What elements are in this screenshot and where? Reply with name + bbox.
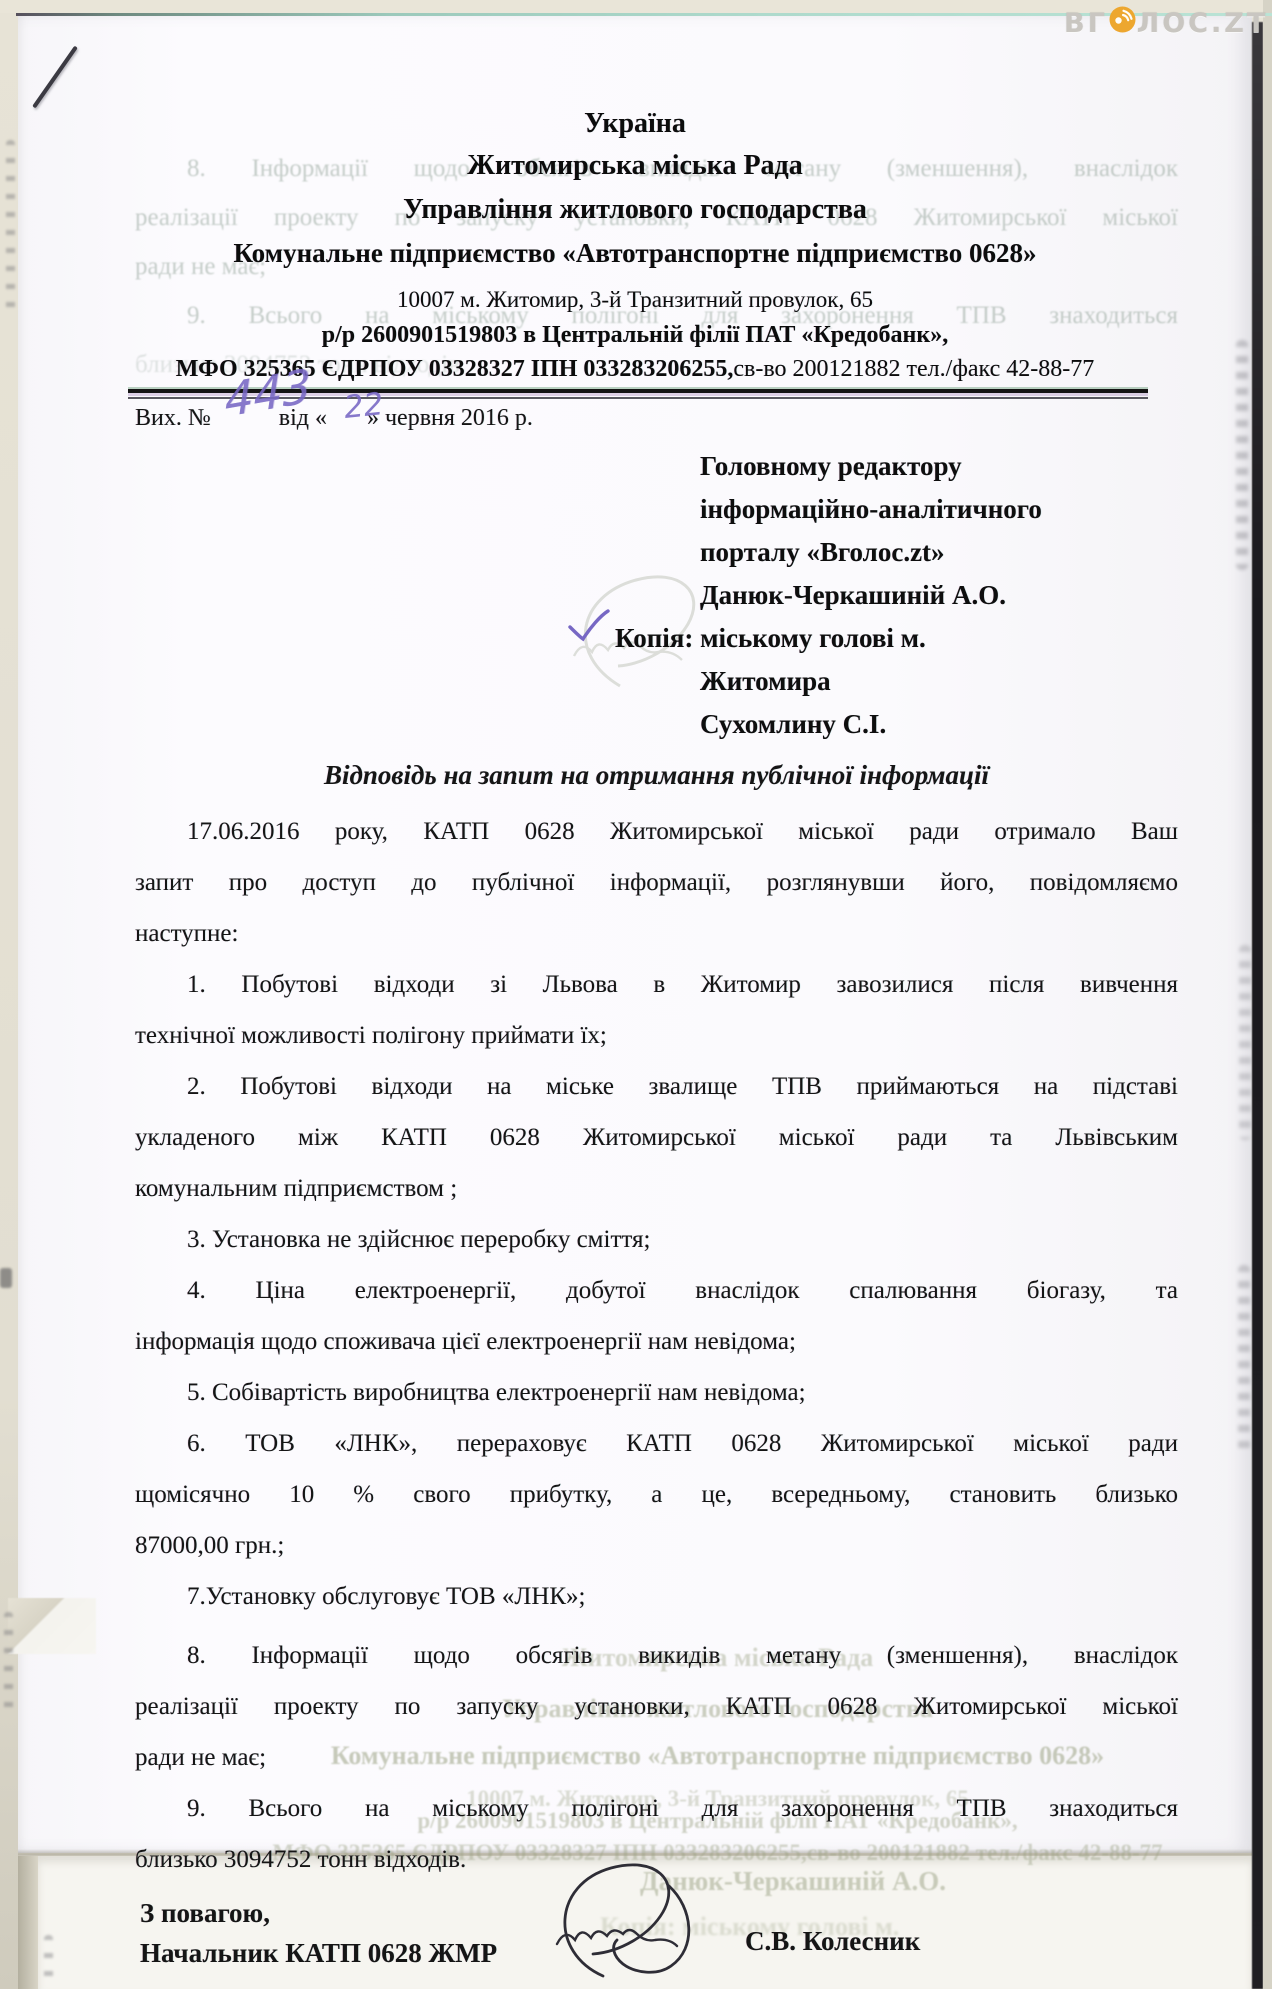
recipient-line: Головному редактору [615, 445, 1185, 488]
body-paragraph: 3. Установка не здійснює переробку смітт… [135, 1214, 1178, 1265]
body-text-line: технічної можливості полігону приймати ї… [135, 1010, 1178, 1061]
body-paragraph: 5. Собівартість виробництва електроенерг… [135, 1367, 1178, 1418]
page-edge-shadow [1252, 22, 1263, 1989]
broadcast-icon [1109, 6, 1136, 40]
signature-ink [445, 1856, 755, 1986]
body-text-line: реалізації проекту по запуску установки,… [135, 1681, 1178, 1732]
body-text-line: укладеного між КАТП 0628 Житомирської мі… [135, 1112, 1178, 1163]
recipient-line: інформаційно-аналітичного [615, 488, 1185, 531]
recipient-line: Копія: міському голові м. [615, 617, 1185, 660]
body-text-line: 7.Установку обслуговує ТОВ «ЛНК»; [135, 1571, 1178, 1622]
ink-smudge [1239, 945, 1251, 1140]
body-text-line: 9. Всього на міському полігоні для захор… [135, 1783, 1178, 1834]
ink-smudge [1238, 1265, 1250, 1455]
recipient-line: Данюк-Черкашиній А.О. [615, 574, 1185, 617]
bleed-dashes [4, 1612, 13, 1712]
outgoing-reference-line: Вих. № від « » червня 2016 р. [135, 405, 533, 432]
body-paragraph: 6. ТОВ «ЛНК», перераховує КАТП 0628 Жито… [135, 1418, 1178, 1571]
body-text-line: 17.06.2016 року, КАТП 0628 Житомирської … [135, 806, 1178, 857]
scanned-letter: ВГ ЛОС.ZТ 8. Інформації щодо обсягів вик… [0, 0, 1272, 1989]
header-codes-line: МФО 325365 ЄДРПОУ 03328327 ІПН 033283206… [25, 356, 1245, 383]
body-paragraph: 7.Установку обслуговує ТОВ «ЛНК»; [135, 1571, 1178, 1622]
recipient-line: порталу «Вголос.zt» [615, 531, 1185, 574]
body-text-line: 6. ТОВ «ЛНК», перераховує КАТП 0628 Жито… [135, 1418, 1178, 1469]
body-paragraph: 8. Інформації щодо обсягів викидів метан… [135, 1630, 1178, 1783]
vgolos-watermark: ВГ ЛОС.ZТ [1064, 4, 1268, 42]
page-corner-fold [8, 1598, 96, 1654]
body-paragraph: 1. Побутові відходи зі Львова в Житомир … [135, 959, 1178, 1061]
body-text-line: ради не має; [135, 1732, 1178, 1783]
recipient-line: Сухомлину С.І. [615, 703, 1185, 746]
closing-signer-name: С.В. Колесник [745, 1926, 920, 1957]
bleed-dashes [6, 140, 15, 320]
header-enterprise: Комунальне підприємство «Автотранспортне… [25, 238, 1245, 269]
body-text-line: 5. Собівартість виробництва електроенерг… [135, 1367, 1178, 1418]
body-text-line: щомісячно 10 % свого прибутку, а це, все… [135, 1469, 1178, 1520]
letter-body: 17.06.2016 року, КАТП 0628 Житомирської … [135, 806, 1178, 1885]
watermark-text-left: ВГ [1064, 8, 1108, 39]
header-codes-tail: св-во 200121882 тел./факс 42-88-77 [733, 356, 1094, 382]
header-address: 10007 м. Житомир, 3-й Транзитний провуло… [25, 287, 1245, 313]
scanner-bed-right [1263, 0, 1272, 1989]
watermark-text-right: ЛОС.ZТ [1137, 8, 1268, 39]
closing-salutation: З повагою, [140, 1898, 270, 1929]
body-text-line: 2. Побутові відходи на міське звалище ТП… [135, 1061, 1178, 1112]
recipient-block: Головному редакторуінформаційно-аналітич… [615, 445, 1185, 746]
body-text-line: 3. Установка не здійснює переробку смітт… [135, 1214, 1178, 1265]
header-department: Управління житлового господарства [25, 194, 1245, 226]
ink-smudge [1236, 340, 1248, 570]
header-city-council: Житомирська міська Рада [25, 150, 1245, 182]
closing-position: Начальник КАТП 0628 ЖМР [140, 1938, 497, 1969]
recipient-line: Житомира [615, 660, 1185, 703]
reference-date-tail: » червня 2016 р. [367, 405, 533, 432]
checkmark-ink [566, 608, 612, 644]
body-paragraph: 2. Побутові відходи на міське звалище ТП… [135, 1061, 1178, 1214]
body-text-line: 87000,00 грн.; [135, 1520, 1178, 1571]
body-text-line: інформація щодо споживача цієї електроен… [135, 1316, 1178, 1367]
body-paragraph: 17.06.2016 року, КАТП 0628 Житомирської … [135, 806, 1178, 959]
body-text-line: 4. Ціна електроенергії, добутої внаслідо… [135, 1265, 1178, 1316]
page-gap-shadow [18, 1856, 38, 1989]
body-text-line: запит про доступ до публічної інформації… [135, 857, 1178, 908]
header-country: Україна [25, 108, 1245, 140]
body-text-line: 8. Інформації щодо обсягів викидів метан… [135, 1630, 1178, 1681]
edge-mark [0, 1268, 12, 1288]
body-text-line: 1. Побутові відходи зі Львова в Житомир … [135, 959, 1178, 1010]
reference-label: Вих. № [135, 405, 211, 432]
subject-title: Відповідь на запит на отримання публічно… [135, 760, 1178, 791]
body-text-line: наступне: [135, 908, 1178, 959]
body-paragraph: 4. Ціна електроенергії, добутої внаслідо… [135, 1265, 1178, 1367]
body-text-line: комунальним підприємством ; [135, 1163, 1178, 1214]
bleed-dashes [44, 1935, 53, 1989]
header-bank-line: р/р 2600901519803 в Центральній філії ПА… [25, 322, 1245, 349]
handwritten-day: 22 [342, 386, 385, 426]
